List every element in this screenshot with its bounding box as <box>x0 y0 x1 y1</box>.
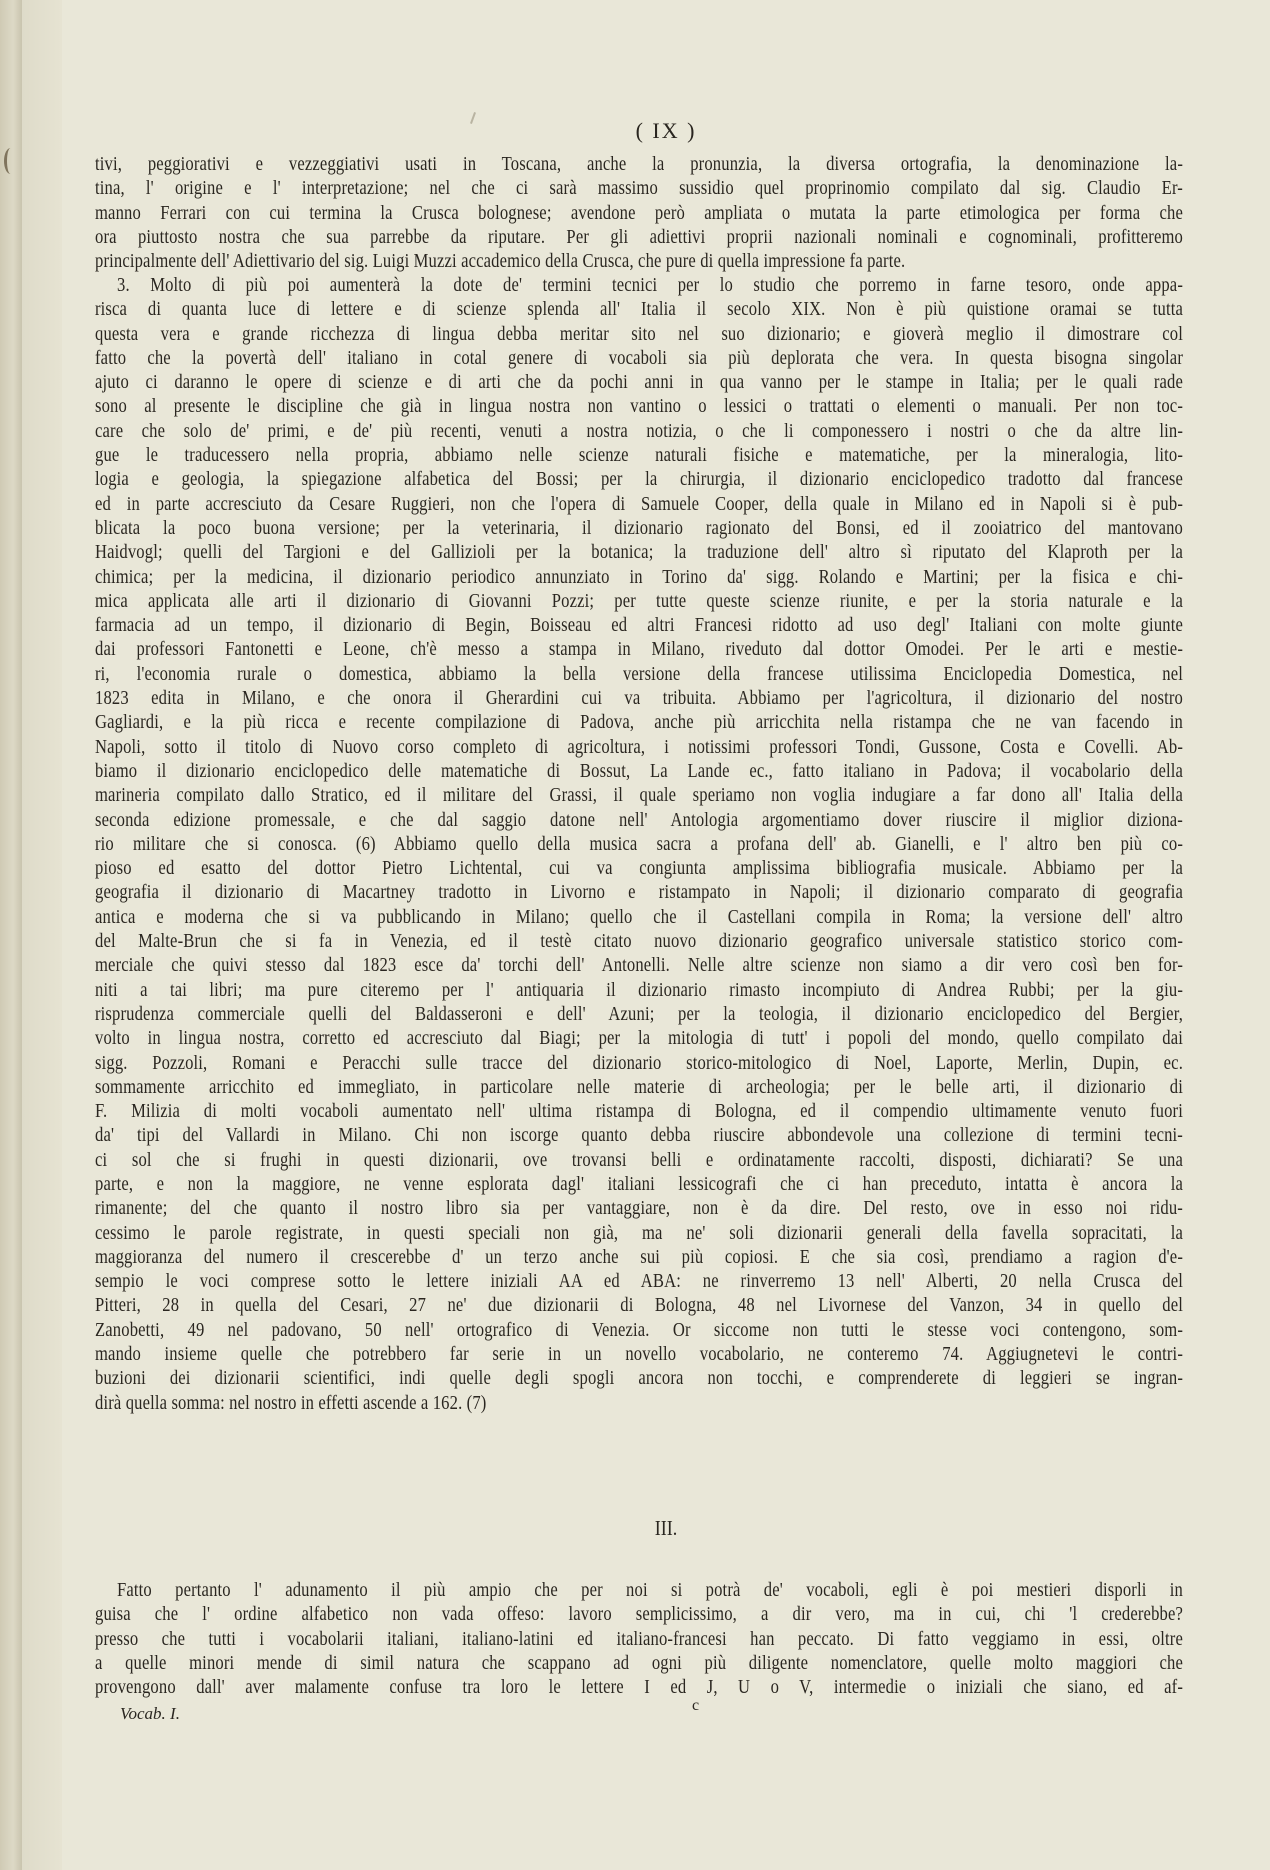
volume-mark: Vocab. I. <box>120 1704 180 1724</box>
text-line: dirà quella somma: nel nostro in effetti… <box>95 1388 1183 1417</box>
book-page: ( IX ) tivi, peggiorativi e vezzeggiativ… <box>62 0 1270 1870</box>
binding-thread-mark <box>4 148 17 174</box>
paragraph-1: tivi, peggiorativi e vezzeggiativi usati… <box>95 152 1183 273</box>
text-line: provengono dall' aver malamente confuse … <box>95 1673 1183 1702</box>
page-gutter <box>22 0 63 1870</box>
page-number-header: ( IX ) <box>62 118 1270 144</box>
paragraph-3: Fatto pertanto l' adunamento il più ampi… <box>95 1578 1183 1699</box>
book-binding-edge <box>0 0 23 1870</box>
section-heading: III. <box>62 1516 1270 1540</box>
paragraph-2: 3. Molto di più poi aumenterà la dote de… <box>95 273 1183 1415</box>
signature-mark: c <box>692 1697 699 1715</box>
